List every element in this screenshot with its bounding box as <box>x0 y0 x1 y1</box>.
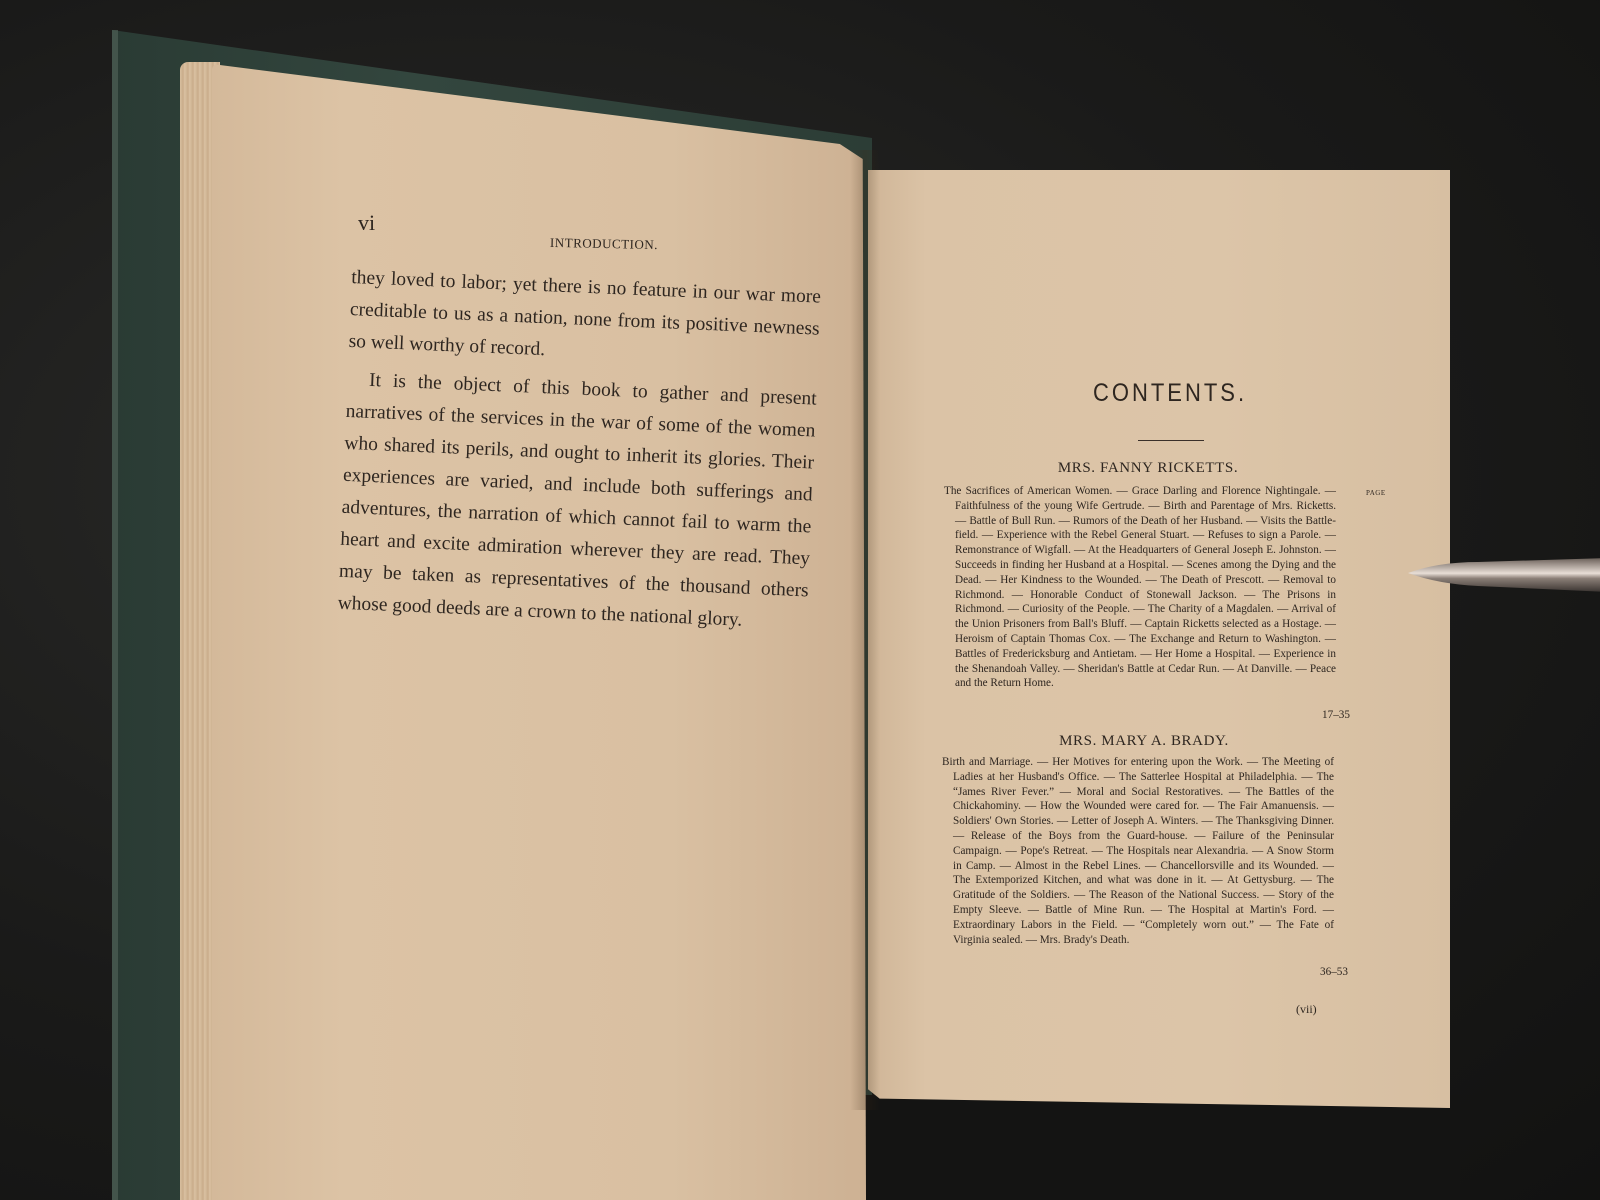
section-heading-brady: MRS. MARY A. BRADY. <box>944 733 1344 750</box>
book-cover-edge <box>112 30 118 1200</box>
toc-entry-brady: Birth and Marriage. — Her Motives for en… <box>942 755 1334 947</box>
running-head: INTRODUCTION. <box>550 235 658 253</box>
paragraph: It is the object of this book to gather … <box>337 364 817 639</box>
toc-summary: Birth and Marriage. — Her Motives for en… <box>942 755 1334 947</box>
section-heading-ricketts: MRS. FANNY RICKETTS. <box>948 460 1348 477</box>
left-page-number: vi <box>358 210 375 236</box>
book-cover-right <box>860 1095 1460 1200</box>
toc-pages-ricketts: 17–35 <box>1322 709 1350 721</box>
paragraph: they loved to labor; yet there is no fea… <box>348 262 822 378</box>
letter-opener-icon <box>1408 556 1600 602</box>
toc-pages-brady: 36–53 <box>1320 966 1348 978</box>
contents-title: CONTENTS. <box>1080 378 1260 408</box>
page-column-label: PAGE <box>1366 489 1386 497</box>
title-rule <box>1138 440 1204 441</box>
toc-entry-ricketts: The Sacrifices of American Women. — Grac… <box>944 484 1336 691</box>
book-gutter <box>850 150 880 1110</box>
introduction-text: they loved to labor; yet there is no fea… <box>337 262 822 639</box>
toc-summary: The Sacrifices of American Women. — Grac… <box>944 484 1336 691</box>
right-page-number: (vii) <box>1296 1002 1317 1017</box>
